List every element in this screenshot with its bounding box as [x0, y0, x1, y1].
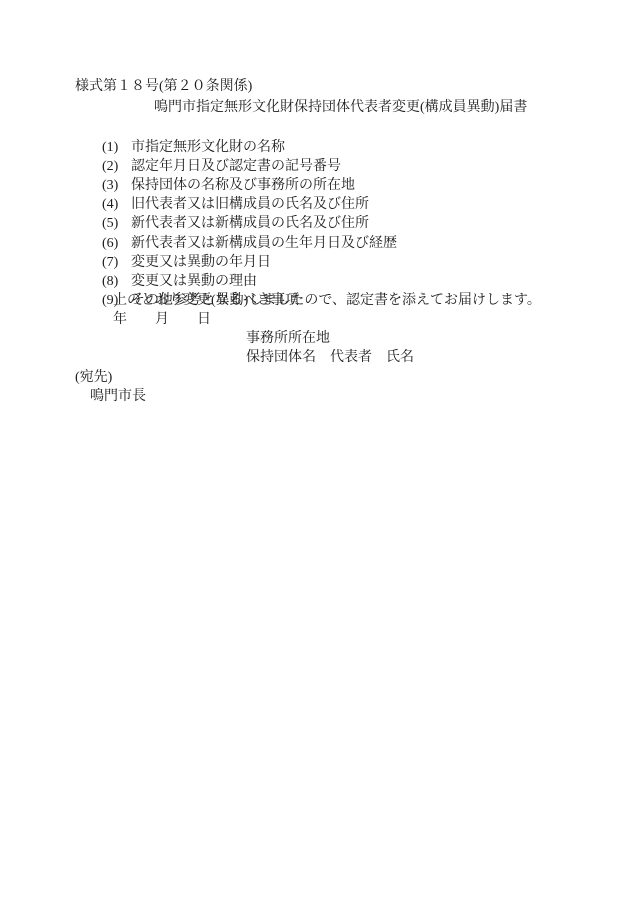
addressee-heading: (宛先) — [75, 368, 112, 387]
office-address-label: 事務所所在地 — [246, 329, 330, 348]
list-item: (2)認定年月日及び認定書の記号番号 — [88, 138, 341, 157]
addressee-name: 鳴門市長 — [90, 387, 146, 406]
list-item: (5)新代表者又は新構成員の氏名及び住所 — [88, 195, 369, 214]
list-item: (6)新代表者又は新構成員の生年月日及び経歴 — [88, 215, 397, 234]
document-title: 鳴門市指定無形文化財保持団体代表者変更(構成員異動)届書 — [154, 98, 527, 117]
list-item: (8)変更又は異動の理由 — [88, 253, 257, 272]
list-item: (7)変更又は異動の年月日 — [88, 234, 271, 253]
list-item: (1)市指定無形文化財の名称 — [88, 119, 285, 138]
closing-sentence: 上のとおり変更(異動)しましたので、認定書を添えてお届けします。 — [113, 291, 541, 310]
date-line: 年 月 日 — [113, 310, 211, 329]
list-item: (3)保持団体の名称及び事務所の所在地 — [88, 157, 355, 176]
organization-representative-line: 保持団体名 代表者 氏名 — [246, 348, 414, 367]
list-item: (9)その他参考となるべき事項 — [88, 272, 299, 291]
list-item: (4)旧代表者又は旧構成員の氏名及び住所 — [88, 176, 369, 195]
form-number: 様式第１８号(第２０条関係) — [75, 77, 252, 96]
document-page: 様式第１８号(第２０条関係) 鳴門市指定無形文化財保持団体代表者変更(構成員異動… — [0, 0, 630, 903]
